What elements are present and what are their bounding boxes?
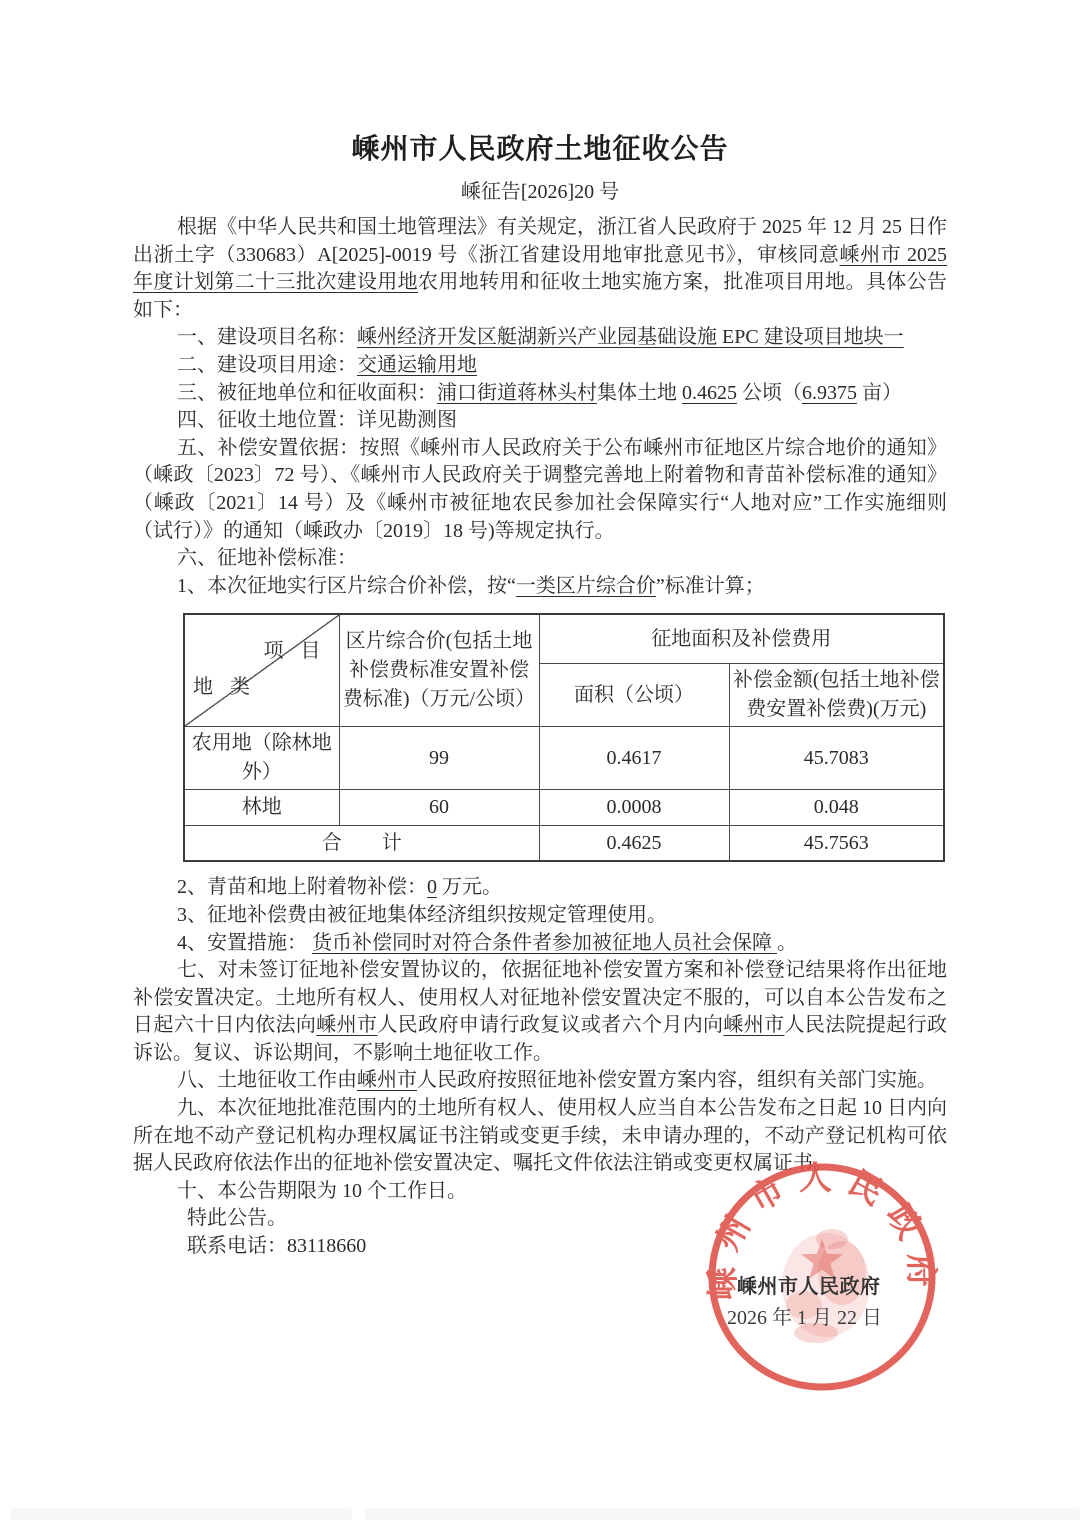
paragraph: 六、征地补偿标准：: [133, 545, 947, 573]
cell-area: 0.4617: [539, 727, 729, 790]
text-segment: 万元。: [437, 876, 502, 898]
underlined-text-segment: 货币补偿同时对符合条件者参加被征地人员社会保障: [312, 932, 777, 954]
paragraph: 九、本次征地批准范围内的土地所有权人、使用权人应当自本公告发布之日起 10 日内…: [133, 1095, 947, 1178]
underlined-text-segment: 一类区片综合价: [516, 575, 656, 597]
paragraph: 2、青苗和地上附着物补偿：0 万元。: [133, 874, 947, 902]
table-corner-cell: 项 目 地 类: [184, 614, 339, 727]
text-segment: 四、征收土地位置：详见勘测图: [177, 409, 457, 431]
underlined-text-segment: 0: [427, 876, 437, 898]
text-segment: 2、青苗和地上附着物补偿：: [177, 876, 427, 898]
text-segment: 二、建设项目用途：: [177, 354, 357, 376]
document-number: 嵊征告[2026]20 号: [133, 178, 947, 206]
text-segment: 集体土地: [597, 382, 682, 404]
cell-total-area: 0.4625: [539, 826, 729, 862]
text-segment: 3、征地补偿费由被征地集体经济组织按规定管理使用。: [177, 904, 667, 926]
signature-government-name: 嵊州市人民政府: [737, 1275, 881, 1299]
text-segment: 五、补偿安置依据：按照《嵊州市人民政府关于公布嵊州市征地区片综合地价的通知》（嵊…: [133, 437, 947, 542]
document-title: 嵊州市人民政府土地征收公告: [133, 130, 947, 170]
text-segment: 1、本次征地实行区片综合价补偿，按“: [177, 575, 516, 597]
text-segment: 六、征地补偿标准：: [177, 547, 357, 569]
column-header-area: 面积（公顷）: [539, 664, 729, 727]
cell-price: 99: [339, 727, 539, 790]
paragraph: 五、补偿安置依据：按照《嵊州市人民政府关于公布嵊州市征地区片综合地价的通知》（嵊…: [133, 435, 947, 545]
underlined-text-segment: 嵊州经济开发区艇湖新兴产业园基础设施 EPC 建设项目地块一: [357, 326, 904, 348]
text-segment: 公顷（: [737, 382, 802, 404]
column-header-amount: 补偿金额(包括土地补偿费安置补偿费)(万元): [729, 664, 944, 727]
cell-price: 60: [339, 790, 539, 826]
cell-total-label: 合 计: [184, 826, 539, 862]
text-segment: 特此公告。: [187, 1207, 287, 1229]
corner-label-landtype: 地 类: [193, 673, 256, 702]
table-row-farmland: 农用地（除林地外） 99 0.4617 45.7083: [184, 727, 944, 790]
underlined-text-segment: 嵊州市: [316, 1014, 377, 1036]
paragraph: 三、被征地单位和征收面积：浦口街道蒋林头村集体土地 0.4625 公顷（6.93…: [133, 380, 947, 408]
underlined-text-segment: 6.9375: [802, 382, 857, 404]
underlined-text-segment: 浦口街道蒋林头村: [437, 382, 597, 404]
text-segment: 联系电话：83118660: [187, 1235, 366, 1257]
document-body: 嵊州市人民政府土地征收公告 嵊征告[2026]20 号 根据《中华人民共和国土地…: [133, 130, 947, 1261]
underlined-text-segment: 交通运输用地: [357, 354, 477, 376]
underlined-text-segment: 0.4625: [682, 382, 737, 404]
corner-label-project: 项 目: [264, 637, 327, 666]
paragraph: 二、建设项目用途：交通运输用地: [133, 352, 947, 380]
paragraph: 特此公告。: [133, 1205, 947, 1233]
table-row-total: 合 计 0.4625 45.7563: [184, 826, 944, 862]
table-header-row: 项 目 地 类 区片综合价(包括土地补偿费标准安置补偿费标准)（万元/公顷） 征…: [184, 614, 944, 664]
page-edge-artifact-right: [365, 1508, 1080, 1520]
signature-date: 2026 年 1 月 22 日: [727, 1306, 882, 1330]
text-segment: 亩）: [857, 382, 902, 404]
text-segment: 九、本次征地批准范围内的土地所有权人、使用权人应当自本公告发布之日起 10 日内…: [133, 1097, 947, 1174]
text-segment: 人民政府按照征地补偿安置方案内容，组织有关部门实施。: [417, 1069, 937, 1091]
cell-amount: 0.048: [729, 790, 944, 826]
column-header-price: 区片综合价(包括土地补偿费标准安置补偿费标准)（万元/公顷）: [339, 614, 539, 727]
text-segment: 三、被征地单位和征收面积：: [177, 382, 437, 404]
paragraph: 联系电话：83118660: [133, 1233, 947, 1261]
page-edge-artifact-left: [10, 1508, 352, 1520]
paragraph: 八、土地征收工作由嵊州市人民政府按照征地补偿安置方案内容，组织有关部门实施。: [133, 1067, 947, 1095]
compensation-table: 项 目 地 类 区片综合价(包括土地补偿费标准安置补偿费标准)（万元/公顷） 征…: [183, 613, 945, 862]
body-section-before-table: 根据《中华人民共和国土地管理法》有关规定，浙江省人民政府于 2025 年 12 …: [133, 214, 947, 600]
text-segment: 一、建设项目名称：: [177, 326, 357, 348]
cell-category: 农用地（除林地外）: [184, 727, 339, 790]
text-segment: 十、本公告期限为 10 个工作日。: [177, 1180, 467, 1202]
text-segment: 4、安置措施：: [177, 932, 312, 954]
paragraph: 四、征收土地位置：详见勘测图: [133, 407, 947, 435]
underlined-text-segment: 嵊州市: [357, 1069, 417, 1091]
column-header-group: 征地面积及补偿费用: [539, 614, 944, 664]
paragraph: 七、对未签订征地补偿安置协议的，依据征地补偿安置方案和补偿登记结果将作出征地补偿…: [133, 957, 947, 1067]
paragraph: 一、建设项目名称：嵊州经济开发区艇湖新兴产业园基础设施 EPC 建设项目地块一: [133, 324, 947, 352]
text-segment: 人民政府申请行政复议或者六个月内向: [377, 1014, 723, 1036]
paragraph: 十、本公告期限为 10 个工作日。: [133, 1178, 947, 1206]
underlined-text-segment: 嵊州市: [723, 1014, 784, 1036]
table-row-forestland: 林地 60 0.0008 0.048: [184, 790, 944, 826]
paragraph: 根据《中华人民共和国土地管理法》有关规定，浙江省人民政府于 2025 年 12 …: [133, 214, 947, 324]
cell-amount: 45.7083: [729, 727, 944, 790]
body-section-after-table: 2、青苗和地上附着物补偿：0 万元。3、征地补偿费由被征地集体经济组织按规定管理…: [133, 874, 947, 1260]
cell-area: 0.0008: [539, 790, 729, 826]
cell-category: 林地: [184, 790, 339, 826]
text-segment: 根据《中华人民共和国土地管理法》有关规定，浙江省人民政府于 2025 年 12 …: [133, 216, 947, 266]
paragraph: 4、安置措施： 货币补偿同时对符合条件者参加被征地人员社会保障 。: [133, 930, 947, 958]
text-segment: 八、土地征收工作由: [177, 1069, 357, 1091]
paragraph: 3、征地补偿费由被征地集体经济组织按规定管理使用。: [133, 902, 947, 930]
text-segment: 。: [777, 932, 797, 954]
text-segment: ”标准计算；: [656, 575, 765, 597]
document-page: 嵊州市人民政府土地征收公告 嵊征告[2026]20 号 根据《中华人民共和国土地…: [0, 0, 1080, 1527]
paragraph: 1、本次征地实行区片综合价补偿，按“一类区片综合价”标准计算；: [133, 573, 947, 601]
cell-total-amount: 45.7563: [729, 826, 944, 862]
